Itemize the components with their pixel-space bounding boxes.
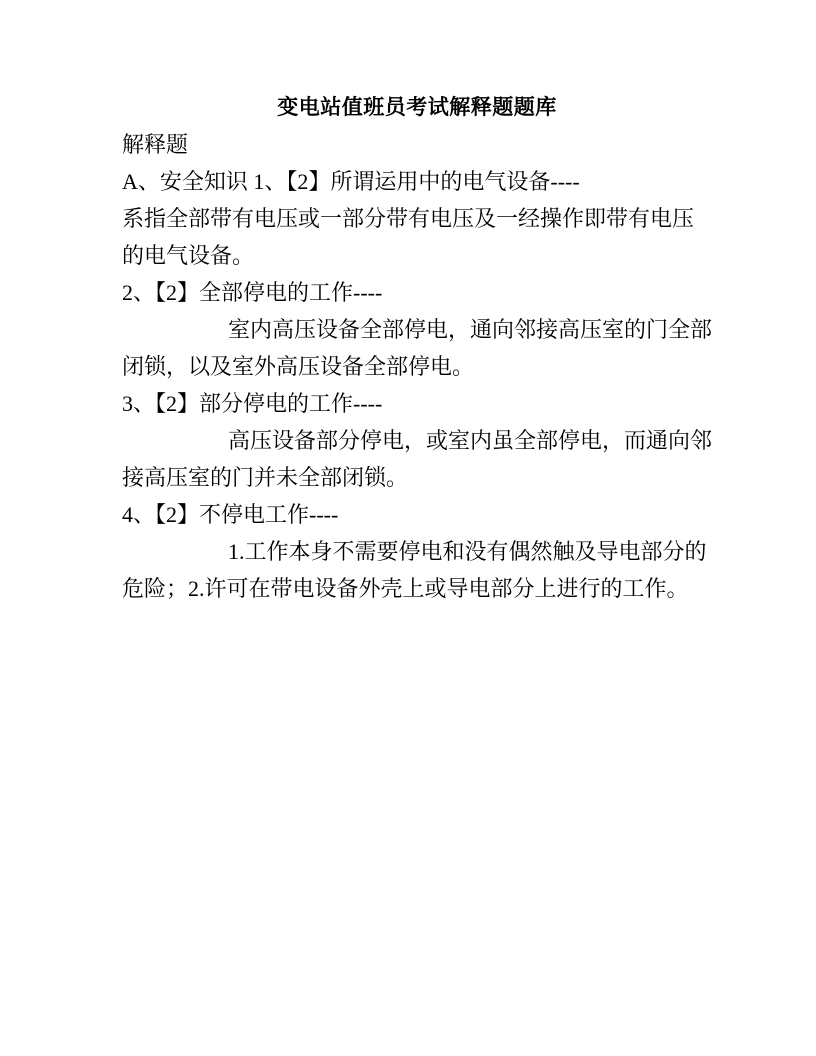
answer-2: 室内高压设备全部停电，通向邻接高压室的门全部闭锁，以及室外高压设备全部停电。	[122, 311, 712, 385]
document-title: 变电站值班员考试解释题题库	[122, 89, 712, 126]
section-heading: 解释题	[122, 126, 712, 163]
document-page: 变电站值班员考试解释题题库 解释题 A、安全知识 1、【2】所谓运用中的电气设备…	[0, 0, 816, 1056]
question-4: 4、【2】不停电工作----	[122, 496, 712, 533]
question-2: 2、【2】全部停电的工作----	[122, 274, 712, 311]
question-1: A、安全知识 1、【2】所谓运用中的电气设备----	[122, 163, 712, 200]
answer-3: 高压设备部分停电，或室内虽全部停电，而通向邻接高压室的门并未全部闭锁。	[122, 422, 712, 496]
answer-4: 1.工作本身不需要停电和没有偶然触及导电部分的危险；2.许可在带电设备外壳上或导…	[122, 533, 712, 607]
question-3: 3、【2】部分停电的工作----	[122, 385, 712, 422]
answer-1: 系指全部带有电压或一部分带有电压及一经操作即带有电压的电气设备。	[122, 200, 712, 274]
